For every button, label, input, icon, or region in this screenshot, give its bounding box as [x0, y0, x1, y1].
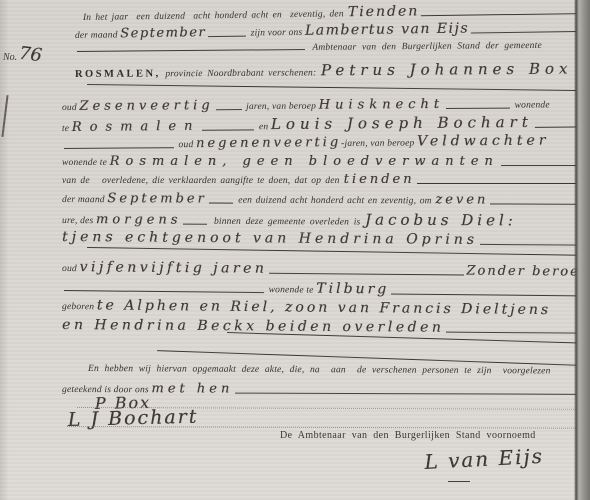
handwritten-entry: morgens — [96, 212, 182, 227]
handwritten-entry: vijfenvijftig jaren — [79, 259, 267, 277]
fill-rule — [208, 36, 246, 38]
form-line: ure, des morgens binnen deze gemeente ov… — [62, 209, 590, 230]
printed-text: ROSMALEN, — [75, 68, 161, 80]
handwritten-entry: L van Eijs — [424, 444, 545, 474]
fill-rule — [183, 224, 207, 225]
printed-text: der maand — [75, 30, 120, 41]
printed-text: wonende te — [62, 158, 110, 168]
printed-text: geboren — [62, 302, 97, 312]
fill-rule — [202, 129, 254, 130]
handwritten-entry: Rosmalen, geen bloedverwanten — [110, 154, 499, 169]
fill-rule — [421, 13, 588, 16]
handwritten-entry: Zonder beroep — [466, 264, 590, 280]
printed-text: en — [256, 122, 271, 132]
fill-rule — [391, 293, 588, 296]
printed-text: zijn voor ons — [248, 28, 305, 39]
fill-rule — [417, 183, 589, 184]
form-line: oud Zesenveertig jaren, van beroep Huisk… — [62, 96, 590, 114]
printed-text: jaren, van beroep — [244, 102, 319, 112]
fill-rule — [446, 108, 510, 109]
form-line: der maand September een duizend acht hon… — [62, 191, 590, 208]
handwritten-entry: Huisknecht — [319, 97, 444, 113]
printed-text: van de overledene, die verklaarden aangi… — [62, 176, 344, 186]
printed-text: -jaren, van beroep — [341, 139, 417, 150]
printed-text: te — [62, 124, 72, 134]
handwritten-entry: September — [120, 25, 206, 41]
form-line: geboren te Alphen en Riel, zoon van Fran… — [62, 297, 590, 319]
form-line: En hebben wij hiervan opgemaakt deze akt… — [88, 364, 590, 377]
fill-rule — [448, 481, 470, 482]
form-line: wonende te Rosmalen, geen bloedverwanten — [62, 154, 590, 169]
handwritten-entry: Lambertus van Eijs — [305, 20, 469, 38]
printed-text: In het jaar een duizend acht honderd ach… — [83, 9, 348, 23]
page-right-edge — [574, 0, 590, 500]
form-line: De Ambtenaar van den Burgerlijken Stand … — [280, 430, 590, 441]
fill-rule — [64, 147, 174, 149]
printed-text: En hebben wij hiervan opgemaakt deze akt… — [88, 364, 551, 376]
printed-text: provincie Noordbrabant verschenen: — [161, 68, 321, 79]
printed-text: oud — [176, 140, 196, 150]
handwritten-entry: Rosmalen — [72, 119, 201, 135]
form-line: oud vijfenvijftig jarenZonder beroep — [62, 259, 590, 280]
form-line — [85, 247, 590, 259]
fill-rule — [446, 332, 588, 334]
printed-text: der maand — [62, 195, 107, 205]
handwritten-entry: Tilburg — [316, 281, 389, 298]
form-line: te Rosmalen en Louis Joseph Bochart — [62, 112, 590, 135]
fill-rule — [269, 273, 464, 276]
death-record-scan: No. 76 In het jaar een duizend acht hond… — [0, 0, 590, 500]
handwritten-entry: zeven — [435, 192, 488, 207]
handwritten-entry: tienden — [344, 172, 415, 187]
dotted-fill-rule — [67, 426, 588, 429]
printed-text: een duizend acht honderd acht en zeventi… — [235, 196, 436, 207]
form-line: van de overledene, die verklaarden aangi… — [62, 172, 590, 187]
fill-rule — [216, 109, 242, 110]
handwritten-entry: negenenveertig — [196, 135, 341, 151]
handwritten-entry: te Alphen en Riel, zoon van Francis Diel… — [97, 297, 551, 318]
signature-registrar: L van Eijs — [424, 441, 590, 474]
handwritten-entry: Zesenveertig — [79, 98, 213, 114]
fill-rule — [480, 244, 588, 246]
form-line — [85, 84, 590, 94]
handwritten-entry: September — [107, 191, 206, 206]
form-line: ROSMALEN, provincie Noordbrabant versche… — [75, 59, 590, 81]
printed-text: oud — [62, 103, 79, 113]
form-line — [446, 481, 590, 485]
fill-rule — [87, 84, 588, 91]
handwritten-entry: Louis Joseph Bochart — [271, 113, 533, 133]
printed-text: oud — [62, 264, 80, 274]
form-line: oud negenenveertig-jaren, van beroep Vel… — [62, 132, 590, 152]
handwritten-entry: Veldwachter — [417, 133, 549, 150]
printed-text: De Ambtenaar van den Burgerlijken Stand … — [280, 430, 536, 441]
handwritten-entry: Jacobus Diel: — [365, 211, 517, 230]
act-number-value: 76 — [18, 43, 43, 67]
form-line: Ambtenaar van den Burgerlijken Stand der… — [75, 41, 590, 55]
printed-text: wonende te — [266, 285, 316, 296]
printed-text: binnen deze gemeente overleden is — [209, 217, 365, 228]
printed-text: ure, des — [62, 216, 96, 226]
fill-rule — [471, 31, 588, 34]
fill-rule — [87, 247, 588, 256]
page-left-edge-shadow — [0, 0, 9, 500]
form-line: tjens echtgenoot van Hendrina Oprins — [62, 229, 590, 249]
printed-text: wonende — [512, 100, 550, 110]
handwritten-entry: Petrus Johannes Box — [321, 60, 573, 80]
handwritten-entry: tjens echtgenoot van Hendrina Oprins — [62, 229, 478, 248]
handwritten-entry: Tienden — [348, 3, 420, 20]
printed-text: Ambtenaar van den Burgerlijken Stand der… — [307, 41, 542, 53]
fill-rule — [209, 203, 233, 204]
fill-rule — [77, 49, 305, 52]
fill-rule — [64, 290, 264, 293]
form-line: en Hendrina Beckx beiden overleden — [62, 317, 590, 337]
form-line: wonende te Tilburg — [62, 278, 590, 300]
